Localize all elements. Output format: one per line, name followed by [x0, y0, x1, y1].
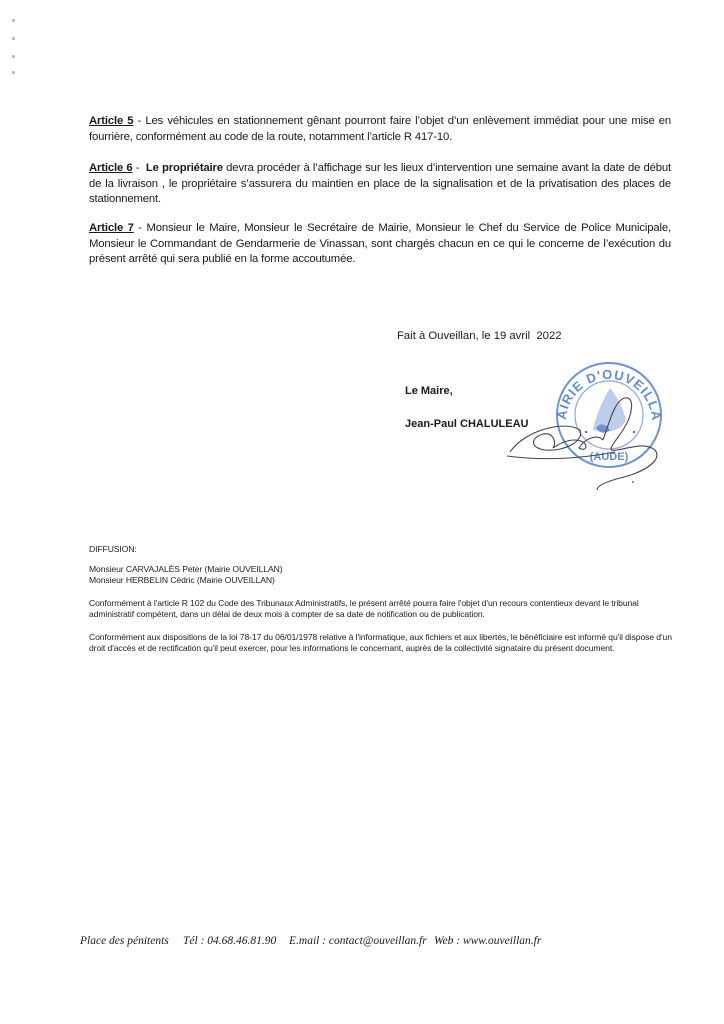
page-footer: Place des pénitents Tél : 04.68.46.81.90…	[0, 935, 724, 955]
article-text: Monsieur le Maire, Monsieur le Secrétair…	[89, 222, 671, 265]
signatory-title: Le Maire,	[405, 385, 453, 397]
article-number: Article 6	[89, 162, 132, 174]
footer-website: Web : www.ouveillan.fr	[434, 935, 541, 947]
article-text: Les véhicules en stationnement gênant po…	[89, 115, 671, 143]
footer-email: E.mail : contact@ouveillan.fr	[289, 935, 427, 947]
recipient-list: Monsieur CARVAJALÈS Peter (Mairie OUVEIL…	[89, 564, 679, 585]
recipient: Monsieur CARVAJALÈS Peter (Mairie OUVEIL…	[89, 564, 679, 575]
scan-artifacts	[10, 15, 16, 75]
handwritten-signature-icon	[505, 390, 675, 490]
legal-notice-privacy: Conformément aux dispositions de la loi …	[89, 632, 679, 653]
legal-notice-appeal: Conformément à l'article R 102 du Code d…	[89, 598, 679, 619]
place-and-date: Fait à Ouveillan, le 19 avril 2022	[397, 330, 562, 342]
article-number: Article 7	[89, 222, 134, 234]
footer-phone: Tél : 04.68.46.81.90	[183, 935, 276, 947]
recipient: Monsieur HERBELIN Cédric (Mairie OUVEILL…	[89, 575, 679, 586]
article-number: Article 5	[89, 115, 133, 127]
article-6: Article 6 - Le propriétaire devra procéd…	[89, 161, 671, 208]
article-lead: Le propriétaire	[146, 162, 223, 174]
article-7: Article 7 - Monsieur le Maire, Monsieur …	[89, 221, 671, 268]
diffusion-heading: DIFFUSION:	[89, 544, 679, 555]
footer-address: Place des pénitents	[80, 935, 169, 947]
article-5: Article 5 - Les véhicules en stationneme…	[89, 114, 671, 145]
